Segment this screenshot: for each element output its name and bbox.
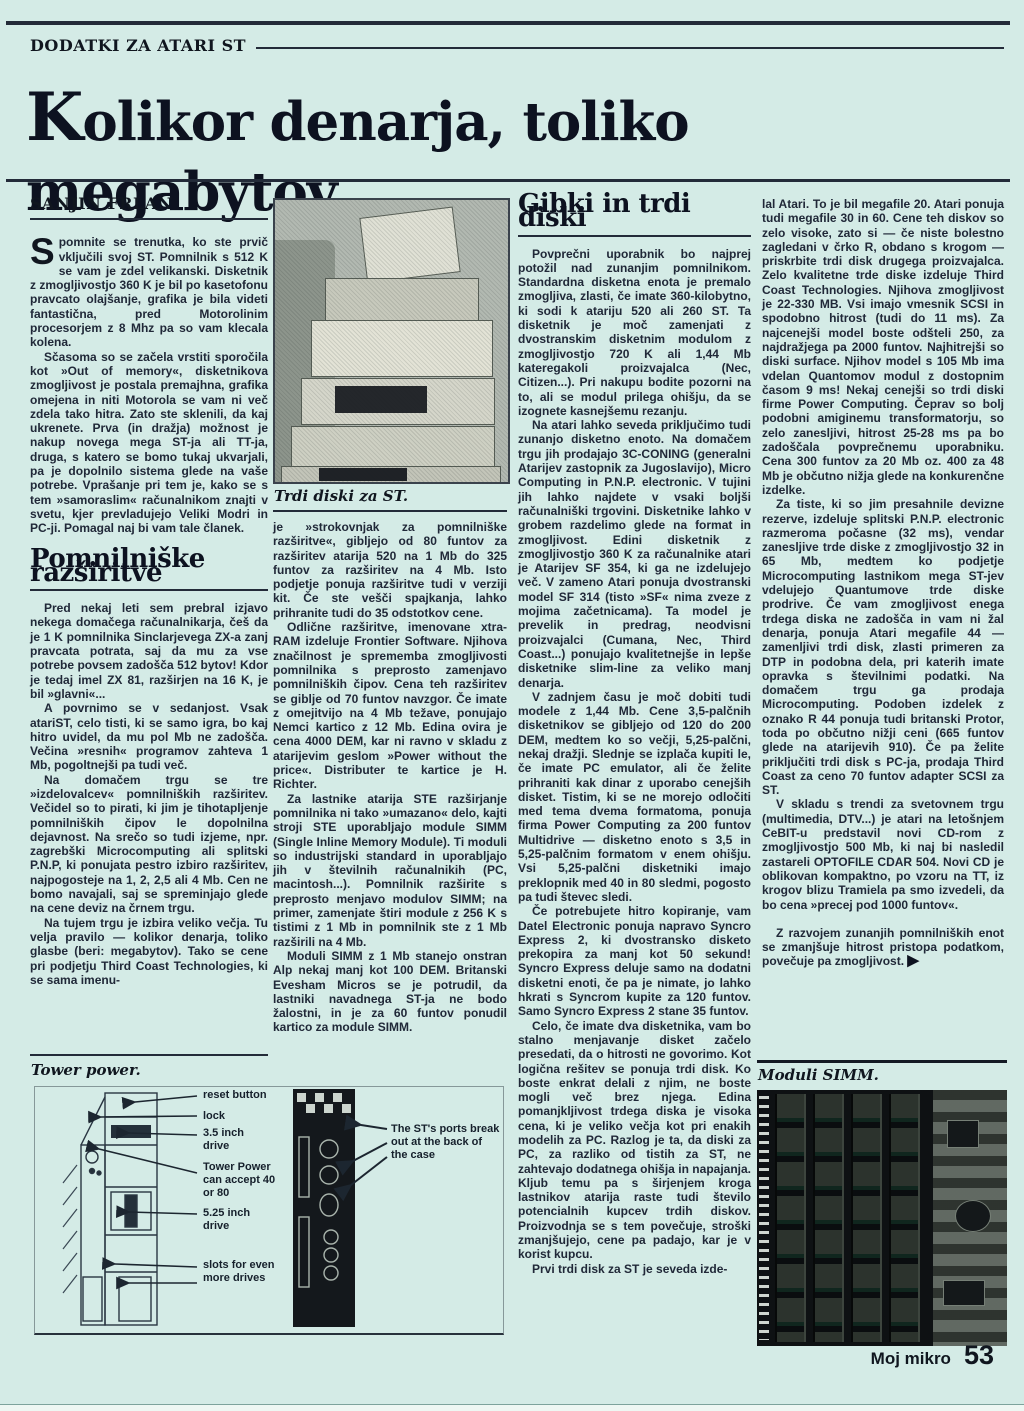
- hard-disks-photo: [273, 198, 510, 484]
- paragraph: Če potrebujete hitro kopiranje, vam Date…: [518, 904, 751, 1018]
- magazine-name: Moj mikro: [871, 1349, 951, 1369]
- paragraph: Na tujem trgu je izbira veliko večja. Tu…: [30, 916, 268, 987]
- paragraph: Sčasoma so se začela vrstiti sporočila k…: [30, 350, 268, 536]
- top-rule: [6, 21, 1010, 25]
- section-heading-disks: Gibki in trdi diski: [518, 197, 751, 237]
- photo-drive-box: [311, 320, 493, 377]
- photo-drive-box: [325, 278, 479, 322]
- diagram-caption-tower-power: Tower power.: [31, 1061, 141, 1079]
- paragraph: Na atari lahko seveda priključimo tudi z…: [518, 418, 751, 690]
- diagram-label-reset-button: reset button: [203, 1089, 303, 1102]
- page-footer: Moj mikro 53: [871, 1340, 994, 1371]
- photo-simm-stick: [851, 1094, 882, 1342]
- photo-simm-stick: [775, 1094, 806, 1342]
- page-number: 53: [964, 1340, 994, 1371]
- diagram-label-5-25-inch-drive: 5.25 inch drive: [203, 1207, 265, 1233]
- kicker-row: DODATKI ZA ATARI ST: [30, 36, 1004, 55]
- photo-drive-box: [291, 426, 495, 468]
- paragraph: Pred nekaj leti sem prebral izjavo nekeg…: [30, 601, 268, 701]
- paragraph: Prvi trdi disk za ST je seveda izde-: [518, 1262, 751, 1276]
- photo-chip: [947, 1120, 979, 1148]
- photo-caption-hard-disks: Trdi diski za ST.: [274, 487, 408, 505]
- paragraph: Moduli SIMM z 1 Mb stanejo onstran Alp n…: [273, 949, 507, 1035]
- paragraph: je »strokovnjak za pomnilniške razširitv…: [273, 520, 507, 620]
- diagram-callout-st-ports: The ST's ports break out at the back of …: [391, 1123, 501, 1162]
- section-heading-memory-expansions: Pomnilniške razširitve: [30, 552, 268, 592]
- kicker: DODATKI ZA ATARI ST: [30, 36, 246, 55]
- column-2: je »strokovnjak za pomnilniške razširitv…: [273, 520, 507, 1035]
- paragraph: lal Atari. To je bil megafile 20. Atari …: [762, 197, 1004, 497]
- paragraph: Povprečni uporabnik bo najprej potožil n…: [518, 247, 751, 419]
- column-1: SANJIN FRLAN Spomnite se trenutka, ko st…: [30, 197, 268, 987]
- photo-drive-front: [319, 468, 407, 481]
- column-3: Gibki in trdi diski Povprečni uporabnik …: [518, 197, 751, 1276]
- photo-drive-front: [335, 386, 427, 413]
- closing-note-text: Z razvojem zunanjih pomnilniških enot se…: [762, 926, 1004, 969]
- paragraph: Celo, če imate dva disketnika, vam bo st…: [518, 1019, 751, 1262]
- photo-chip: [955, 1200, 991, 1232]
- headline-rule: [6, 179, 1010, 182]
- kicker-rule: [256, 47, 1004, 49]
- paragraph: Za lastnike atarija STE razširjanje pomn…: [273, 792, 507, 949]
- paragraph: Za tiste, ki so jim presahnile devizne r…: [762, 497, 1004, 797]
- author-byline: SANJIN FRLAN: [30, 197, 268, 220]
- caption-rule: [273, 510, 507, 512]
- tower-diagram: reset button lock 3.5 inch drive Tower P…: [34, 1086, 504, 1335]
- diagram-label-lock: lock: [203, 1110, 303, 1123]
- diagram-label-3-5-inch-drive: 3.5 inch drive: [203, 1127, 265, 1153]
- drop-cap: S: [30, 235, 59, 266]
- paragraph: Spomnite se trenutka, ko ste prvič vklju…: [30, 235, 268, 349]
- photo-simm-stick: [813, 1094, 844, 1342]
- photo-simm-stick: [889, 1094, 920, 1342]
- column-rule: [30, 1054, 268, 1056]
- column-rule: [757, 1060, 1007, 1063]
- diagram-label-extra-slots: slots for even more drives: [203, 1259, 275, 1285]
- photo-chip: [943, 1280, 985, 1306]
- photo-drive-box: [281, 466, 501, 484]
- paragraph: Na domačem trgu se tre »izdelovalcev« po…: [30, 773, 268, 916]
- scan-edge-strip: [0, 1405, 1024, 1411]
- closing-note: Z razvojem zunanjih pomnilniških enot se…: [762, 926, 1004, 969]
- photo-shadow: [273, 240, 335, 482]
- paragraph: V zadnjem času je moč dobiti tudi modele…: [518, 690, 751, 904]
- photo-caption-simm: Moduli SIMM.: [758, 1066, 879, 1084]
- paragraph: Odlične razširitve, imenovane xtra-RAM i…: [273, 620, 507, 792]
- column-4: lal Atari. To je bil megafile 20. Atari …: [762, 197, 1004, 969]
- paragraph: V skladu s trendi za svetovnem trgu (mul…: [762, 797, 1004, 911]
- continuation-arrow-icon: ▶: [907, 952, 919, 969]
- photo-pin-row: [759, 1096, 769, 1340]
- photo-drive-box: [301, 378, 495, 425]
- photo-drive-box: [359, 207, 460, 284]
- paragraph: A povrnimo se v sedanjost. Vsak atariST,…: [30, 701, 268, 772]
- magazine-page: DODATKI ZA ATARI ST Kolikor denarja, tol…: [0, 0, 1024, 1411]
- simm-modules-photo: [757, 1090, 1007, 1346]
- diagram-label-tower-capacity: Tower Power can accept 40 or 80: [203, 1161, 287, 1200]
- paragraph-text: pomnite se trenutka, ko ste prvič vključ…: [30, 235, 268, 349]
